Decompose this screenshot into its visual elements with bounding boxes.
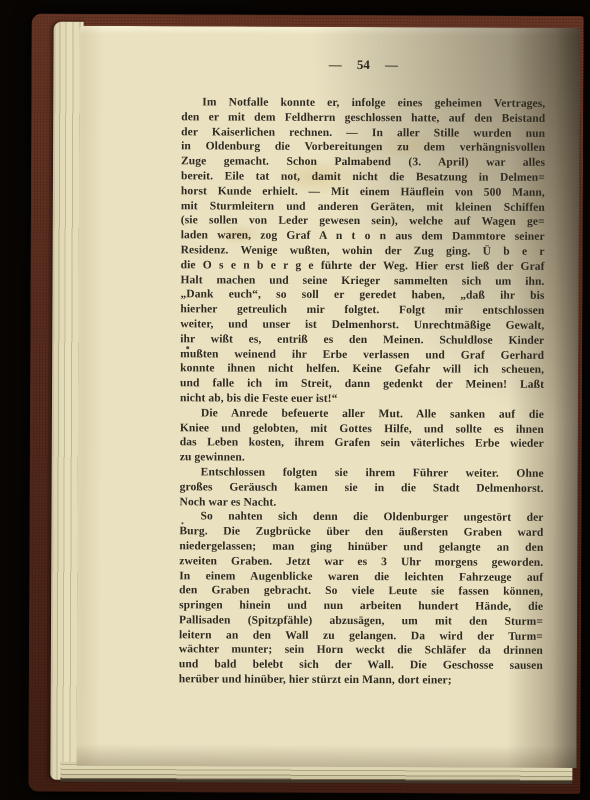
page-header: — 54 — (181, 56, 545, 74)
text-line: laden waren, zog Graf A n t o n aus dem … (181, 228, 545, 244)
text-line: Noch war es Nacht. (180, 495, 544, 511)
text-line: zweiten Graben. Jetzt war es 3 Uhr morge… (179, 554, 543, 570)
text-line: und falle ich im Streit, dann gedenkt de… (180, 376, 544, 392)
text-line: der Kaiserlichen rechnen. — In aller Sti… (181, 125, 545, 141)
text-line: „Dank euch“, so soll er geredet haben, „… (180, 288, 544, 304)
text-line: großes Geräusch kamen sie in die Stadt D… (180, 480, 544, 496)
text-line: das Leben kosten, ihrem Grafen sein väte… (180, 436, 544, 452)
text-line: bereit. Eile tat not, damit nicht die Be… (181, 169, 545, 185)
text-line: die O s e n b e r g e führte der Weg. Hi… (181, 258, 545, 274)
header-dash-right: — (385, 57, 398, 73)
text-line: Die Anrede befeuerte aller Mut. Alle san… (180, 406, 544, 422)
text-line: mit Sturmleitern und anderen Geräten, mi… (181, 199, 545, 215)
text-line: In einem Augenblicke waren die leichten … (179, 569, 543, 585)
text-line: ihr wißt es, entriß es den Meinen. Schul… (180, 332, 544, 348)
book-page: — 54 — Im Notfalle konnte er, infolge ei… (76, 26, 579, 768)
text-line: springen hinein und nun arbeiten hundert… (179, 598, 543, 614)
text-line: weiter, und unser ist Delmenhorst. Unrec… (180, 317, 544, 333)
text-line: Zuge gemacht. Schon Palmabend (3. April)… (181, 154, 545, 170)
text-line: in Oldenburg die Vorbereitungen zu dem v… (181, 140, 545, 156)
page-number: 54 (357, 57, 370, 73)
text-line: Kniee und gelobten, mit Gottes Hilfe, un… (180, 421, 544, 437)
text-line: herüber und hinüber, hier stürzt ein Man… (179, 672, 543, 688)
text-line: niedergelassen; man ging hinüber und gel… (179, 539, 543, 555)
text-line: den Graben gebracht. So viele Leute sie … (179, 584, 543, 600)
text-line: konnte ihnen nicht helfen. Keine Gefahr … (180, 362, 544, 378)
text-line: So nahten sich denn die Oldenburger unge… (179, 510, 543, 526)
book: — 54 — Im Notfalle konnte er, infolge ei… (0, 0, 590, 800)
text-line: zu gewinnen. (180, 450, 544, 466)
text-line: nicht ab, bis die Feste euer ist!“ (180, 391, 544, 407)
text-line: (sie sollen von Leder gewesen sein), wel… (181, 214, 545, 230)
text-line: Entschlossen folgten sie ihrem Führer we… (180, 465, 544, 481)
text-line: Im Notfalle konnte er, infolge eines geh… (181, 95, 545, 111)
text-line: und bald belebt sich der Wall. Die Gesch… (179, 658, 543, 674)
text-line: Pallisaden (Spitzpfähle) abzusägen, um m… (179, 613, 543, 629)
body-text: Im Notfalle konnte er, infolge eines geh… (179, 95, 546, 688)
text-block: — 54 — Im Notfalle konnte er, infolge ei… (179, 56, 546, 688)
text-line: leitern an den Wall zu gelangen. Da wird… (179, 628, 543, 644)
text-line: den er mit dem Feldherrn geschlossen hat… (181, 110, 545, 126)
text-line: Burg. Die Zugbrücke über den äußersten G… (179, 524, 543, 540)
text-line: mußten weinend ihr Erbe verlassen und Gr… (180, 347, 544, 363)
text-line: horst Kunde erhielt. — Mit einem Häuflei… (181, 184, 545, 200)
text-line: Halt machen und seine Krieger sammelten … (180, 273, 544, 289)
text-line: hierher getreulich mir folgtet. Folgt mi… (180, 302, 544, 318)
header-dash-left: — (329, 57, 342, 73)
text-line: Residenz. Wenige wußten, wohin der Zug g… (181, 243, 545, 259)
text-line: wächter munter; sein Horn weckt die Schl… (179, 643, 543, 659)
